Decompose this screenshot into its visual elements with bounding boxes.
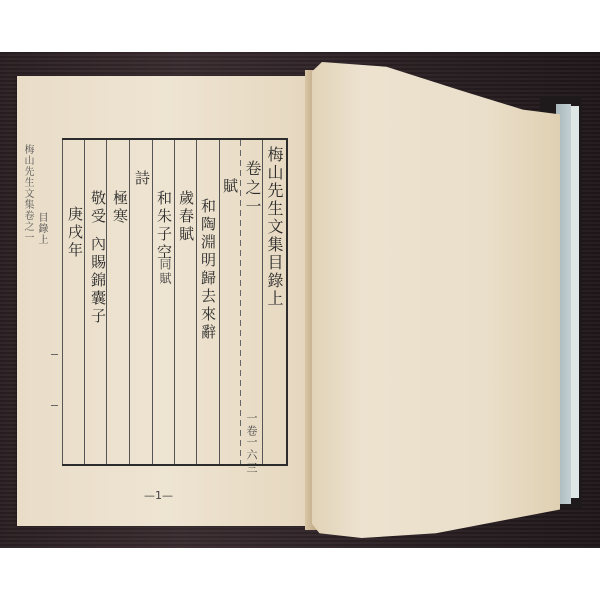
section-heading-fu: 賦	[222, 178, 237, 196]
volume-heading: 卷之一	[244, 160, 260, 217]
toc-entry: 和陶淵明歸去來辭	[200, 198, 215, 342]
spine-section-label: 目錄上	[36, 212, 46, 245]
margin-note-page: 一六三	[246, 436, 257, 475]
page-number: —1—	[144, 489, 173, 502]
column-rule	[219, 140, 220, 464]
toc-entry: 敬受	[90, 190, 105, 226]
column-rule	[84, 140, 85, 464]
toc-entry: 歲春賦	[178, 190, 193, 244]
column-rule	[262, 140, 263, 464]
column-rule	[174, 140, 175, 464]
column-rule	[152, 140, 153, 464]
endpaper-edge	[571, 106, 579, 498]
contents-title: 梅山先生文集目錄上	[266, 146, 282, 308]
margin-note-volume: 一卷	[246, 412, 257, 438]
column-rule	[196, 140, 197, 464]
toc-entry: 內賜錦囊子	[90, 236, 105, 326]
section-heading-shi: 詩	[134, 170, 149, 188]
toc-entry: 庚戌年	[67, 206, 82, 260]
column-rule-dashed	[240, 140, 241, 464]
fold-mark	[51, 405, 58, 406]
toc-entry-suffix: 同賦	[159, 258, 171, 286]
fold-mark	[51, 354, 58, 355]
column-rule	[62, 140, 63, 464]
toc-entry: 極寒	[112, 190, 127, 226]
column-rule	[129, 140, 130, 464]
spine-label: 梅山先生文集卷之一	[22, 144, 32, 243]
toc-entry: 和朱子空	[156, 190, 171, 262]
right-page-blank	[312, 62, 560, 538]
